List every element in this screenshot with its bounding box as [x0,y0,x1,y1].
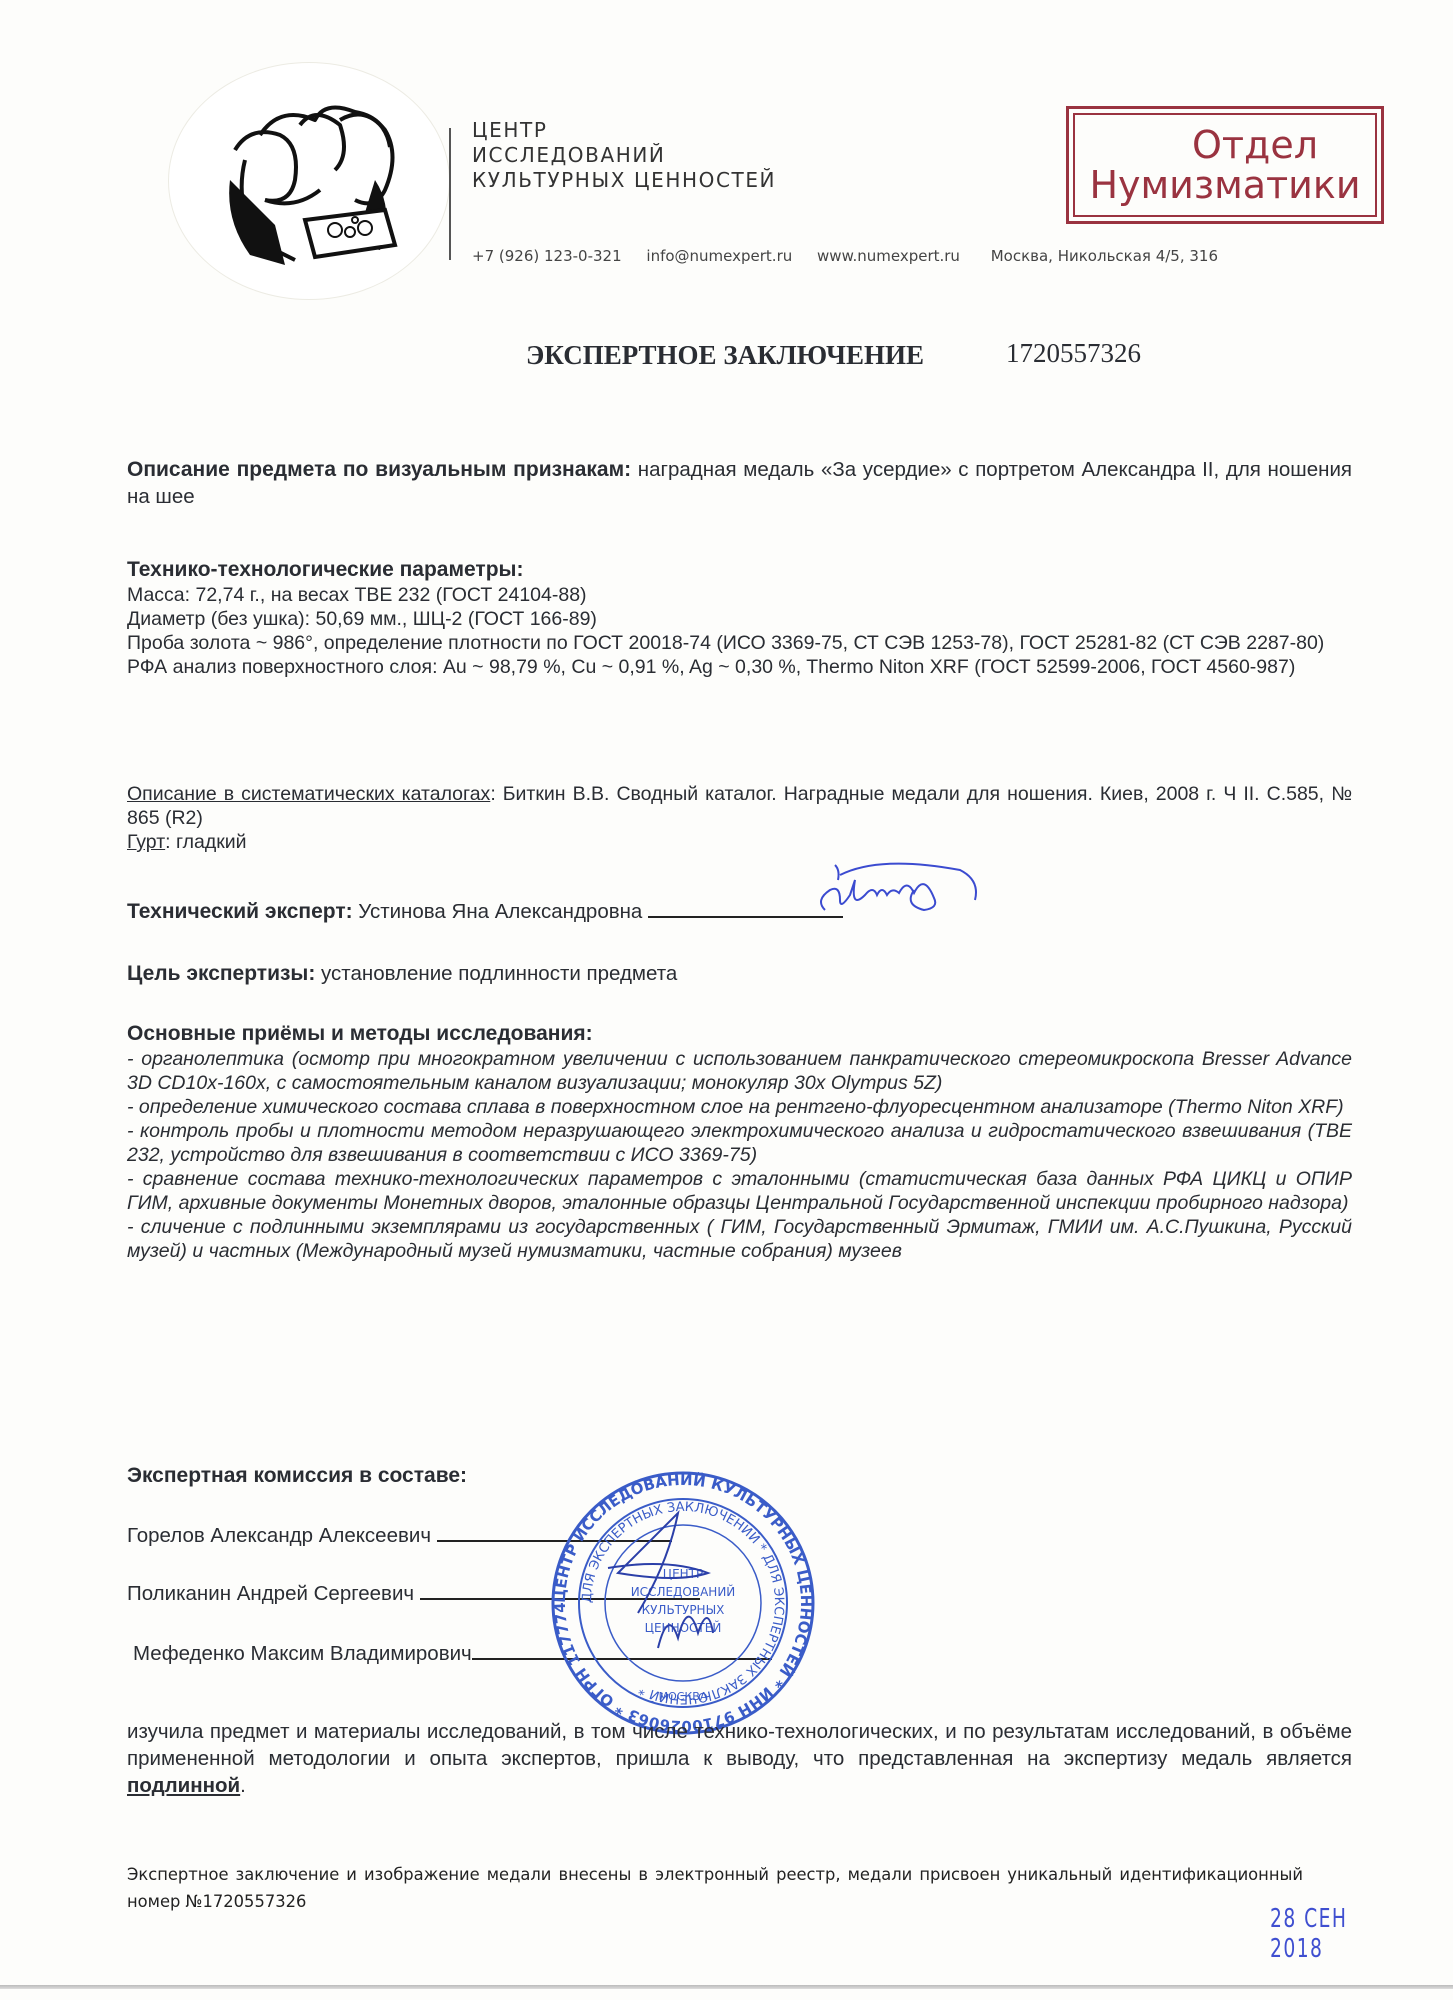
verdict: подлинной [127,1774,240,1797]
header-divider [449,128,451,260]
org-name-line: ЦЕНТР [472,118,776,143]
registry-note: Экспертное заключение и изображение меда… [127,1862,1303,1916]
param-mass: Масса: 72,74 г., на весах ТВЕ 232 (ГОСТ … [127,583,1352,607]
conclusion-text: изучила предмет и материалы исследований… [127,1720,1352,1770]
commission-member-name: Поликанин Андрей Сергеевич [127,1582,414,1605]
expert-name: Устинова Яна Александровна [353,900,648,923]
method-item: - сравнение состава технико-технологичес… [127,1167,1352,1215]
contact-info: +7 (926) 123-0-321 info@numexpert.ru www… [472,247,1238,265]
edge-value: : гладкий [165,831,246,853]
param-diameter: Диаметр (без ушка): 50,69 мм., ШЦ-2 (ГОС… [127,607,1352,631]
tech-params-heading: Технико-технологические параметры: [127,556,1352,583]
conclusion-end: . [240,1774,246,1797]
organization-seal-icon: ЦЕНТР ИССЛЕДОВАНИЙ КУЛЬТУРНЫХ ЦЕННОСТЕЙ … [548,1468,818,1738]
phone-link[interactable]: +7 (926) 123-0-321 [472,247,622,265]
purpose-text: установление подлинности предмета [315,962,677,985]
svg-text:МОСКВА: МОСКВА [659,1690,708,1703]
method-item: - контроль пробы и плотности методом нер… [127,1119,1352,1167]
department-stamp-inner: Отдел Нумизматики [1073,113,1377,217]
catalog-label: Описание в систематических каталогах [127,783,490,805]
purpose-label: Цель экспертизы: [127,962,315,985]
technical-parameters: Технико-технологические параметры: Масса… [127,556,1352,679]
method-item: - сличение с подлинными экземплярами из … [127,1215,1352,1263]
email-link[interactable]: info@numexpert.ru [646,247,792,265]
catalog-description: Описание в систематических каталогах: Би… [127,782,1352,854]
website-link[interactable]: www.numexpert.ru [817,247,960,265]
page-bottom-edge [0,1985,1453,1989]
org-name-line: ИССЛЕДОВАНИЙ [472,143,776,168]
logo-numismatists-illustration-icon [205,80,415,270]
stamp-line-1: Отдел [1192,125,1318,165]
date-stamp: 28 СЕН 2018 [1270,1904,1402,1964]
conclusion: изучила предмет и материалы исследований… [127,1718,1352,1799]
edge-label: Гурт [127,831,165,853]
expert-label: Технический эксперт: [127,900,353,923]
description-label: Описание предмета по визуальным признака… [127,458,631,481]
commission-member-name: Мефеденко Максим Владимирович [133,1642,472,1665]
param-gold-fineness: Проба золота ~ 986°, определение плотнос… [127,631,1352,655]
stamp-line-2: Нумизматики [1089,165,1360,205]
methods-heading: Основные приёмы и методы исследования: [127,1020,1352,1047]
organization-name: ЦЕНТР ИССЛЕДОВАНИЙ КУЛЬТУРНЫХ ЦЕННОСТЕЙ [472,118,776,193]
method-item: - определение химического состава сплава… [127,1095,1352,1119]
org-name-line: КУЛЬТУРНЫХ ЦЕННОСТЕЙ [472,168,776,193]
department-stamp: Отдел Нумизматики [1066,106,1384,224]
address: Москва, Никольская 4/5, 316 [991,247,1218,265]
research-methods: Основные приёмы и методы исследования: -… [127,1020,1352,1263]
svg-text:КУЛЬТУРНЫХ: КУЛЬТУРНЫХ [642,1603,725,1617]
technical-expert: Технический эксперт: Устинова Яна Алекса… [127,898,1352,925]
expert-signature-icon [805,855,1005,925]
method-item: - органолептика (осмотр при многократном… [127,1047,1352,1095]
param-xrf-analysis: РФА анализ поверхностного слоя: Au ~ 98,… [127,655,1352,679]
document-number: 1720557326 [1006,338,1141,369]
commission-heading: Экспертная комиссия в составе: [127,1464,467,1487]
document-title: ЭКСПЕРТНОЕ ЗАКЛЮЧЕНИЕ [526,340,924,371]
examination-purpose: Цель экспертизы: установление подлинност… [127,960,1352,987]
commission-member-name: Горелов Александр Алексеевич [127,1524,431,1547]
item-description: Описание предмета по визуальным признака… [127,456,1352,510]
